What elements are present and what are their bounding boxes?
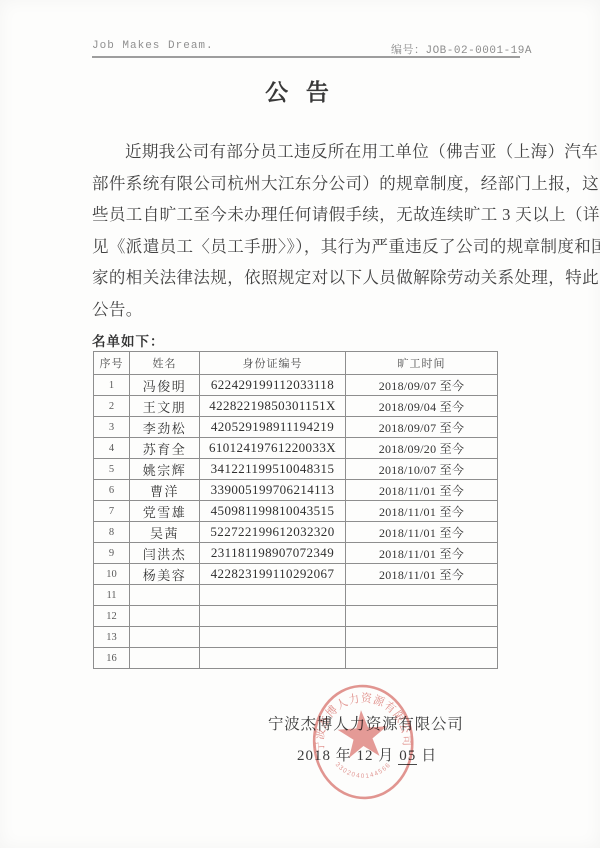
id-cell: 231181198907072349 (200, 543, 346, 564)
id-cell (200, 648, 346, 669)
serial-cell: 2 (94, 396, 130, 417)
serial-cell: 5 (94, 459, 130, 480)
name-cell (130, 648, 200, 669)
table-row: 11 (94, 585, 498, 606)
serial-cell: 9 (94, 543, 130, 564)
serial-cell: 13 (94, 627, 130, 648)
id-cell: 422823199110292067 (200, 564, 346, 585)
seal-serial-arc-text: 3302040144566 (333, 757, 393, 782)
name-cell: 曹洋 (130, 480, 200, 501)
serial-cell: 4 (94, 438, 130, 459)
period-cell: 2018/11/01 至今 (346, 522, 498, 543)
col-header-name: 姓名 (130, 352, 200, 375)
name-cell: 吴茜 (130, 522, 200, 543)
id-cell: 450981199810043515 (200, 501, 346, 522)
serial-cell: 11 (94, 585, 130, 606)
body-line: 部件系统有限公司杭州大江东分公司）的规章制度，经部门上报，这 (92, 168, 534, 200)
serial-cell: 1 (94, 375, 130, 396)
body-line: 公告。 (92, 294, 534, 326)
name-cell: 冯俊明 (130, 375, 200, 396)
col-header-id: 身份证编号 (200, 352, 346, 375)
period-cell: 2018/09/07 至今 (346, 417, 498, 438)
name-cell: 李劲松 (130, 417, 200, 438)
serial-cell: 6 (94, 480, 130, 501)
id-cell: 339005199706214113 (200, 480, 346, 501)
header-doc-number: 编号：JOB-02-0001-19A (391, 41, 532, 57)
id-cell: 522722199612032320 (200, 522, 346, 543)
col-header-serial: 序号 (94, 352, 130, 375)
svg-text:3302040144566: 3302040144566 (333, 757, 393, 782)
period-cell: 2018/11/01 至今 (346, 501, 498, 522)
period-cell: 2018/09/04 至今 (346, 396, 498, 417)
roster-table: 序号 姓名 身份证编号 旷工时间 1 冯俊明 62242919911203311… (93, 351, 498, 669)
name-cell (130, 585, 200, 606)
name-cell: 姚宗辉 (130, 459, 200, 480)
id-cell: 622429199112033118 (200, 375, 346, 396)
period-cell: 2018/09/07 至今 (346, 375, 498, 396)
table-header-row: 序号 姓名 身份证编号 旷工时间 (94, 352, 498, 375)
table-row: 7 党雪雄 450981199810043515 2018/11/01 至今 (94, 501, 498, 522)
document-page: Job Makes Dream. 编号：JOB-02-0001-19A 公 告 … (0, 0, 600, 848)
id-cell: 420529198911194219 (200, 417, 346, 438)
col-header-period: 旷工时间 (346, 352, 498, 375)
roster-table-wrap: 序号 姓名 身份证编号 旷工时间 1 冯俊明 62242919911203311… (93, 351, 498, 669)
table-row: 8 吴茜 522722199612032320 2018/11/01 至今 (94, 522, 498, 543)
body-line: 见《派遣员工〈员工手册〉》），其行为严重违反了公司的规章制度和国 (92, 231, 534, 263)
period-cell (346, 606, 498, 627)
company-seal-stamp-icon: 宁波杰博人力资源有限公司 3302040144566 (283, 659, 443, 819)
period-cell (346, 585, 498, 606)
body-line: 家的相关法律法规，依照规定对以下人员做解除劳动关系处理，特此 (92, 262, 534, 294)
table-row: 4 苏育全 61012419761220033X 2018/09/20 至今 (94, 438, 498, 459)
table-row: 2 王文朋 42282219850301151X 2018/09/04 至今 (94, 396, 498, 417)
id-cell: 341221199510048315 (200, 459, 346, 480)
body-line: 些员工自旷工至今未办理任何请假手续，无故连续旷工 3 天以上（详 (92, 199, 534, 231)
name-cell (130, 627, 200, 648)
period-cell: 2018/11/01 至今 (346, 543, 498, 564)
table-row: 16 (94, 648, 498, 669)
name-cell: 苏育全 (130, 438, 200, 459)
serial-cell: 12 (94, 606, 130, 627)
name-cell: 王文朋 (130, 396, 200, 417)
name-cell: 闫洪杰 (130, 543, 200, 564)
table-row: 3 李劲松 420529198911194219 2018/09/07 至今 (94, 417, 498, 438)
list-label: 名单如下： (92, 330, 165, 350)
announcement-body: 近期我公司有部分员工违反所在用工单位（佛吉亚（上海）汽车 部件系统有限公司杭州大… (92, 136, 534, 325)
id-cell: 42282219850301151X (200, 396, 346, 417)
serial-cell: 8 (94, 522, 130, 543)
serial-cell: 3 (94, 417, 130, 438)
body-line: 近期我公司有部分员工违反所在用工单位（佛吉亚（上海）汽车 (92, 136, 534, 168)
table-row: 1 冯俊明 622429199112033118 2018/09/07 至今 (94, 375, 498, 396)
table-row: 9 闫洪杰 231181198907072349 2018/11/01 至今 (94, 543, 498, 564)
period-cell: 2018/11/01 至今 (346, 480, 498, 501)
table-row: 12 (94, 606, 498, 627)
period-cell: 2018/09/20 至今 (346, 438, 498, 459)
table-row: 6 曹洋 339005199706214113 2018/11/01 至今 (94, 480, 498, 501)
serial-cell: 16 (94, 648, 130, 669)
header-slogan: Job Makes Dream. (92, 40, 214, 52)
name-cell: 杨美容 (130, 564, 200, 585)
id-cell (200, 627, 346, 648)
id-cell (200, 606, 346, 627)
id-cell: 61012419761220033X (200, 438, 346, 459)
period-cell: 2018/10/07 至今 (346, 459, 498, 480)
period-cell (346, 627, 498, 648)
table-row: 13 (94, 627, 498, 648)
name-cell: 党雪雄 (130, 501, 200, 522)
table-row: 5 姚宗辉 341221199510048315 2018/10/07 至今 (94, 459, 498, 480)
page-title: 公 告 (0, 74, 600, 107)
serial-cell: 10 (94, 564, 130, 585)
period-cell: 2018/11/01 至今 (346, 564, 498, 585)
name-cell (130, 606, 200, 627)
id-cell (200, 585, 346, 606)
seal-star-icon (336, 708, 389, 758)
table-row: 10 杨美容 422823199110292067 2018/11/01 至今 (94, 564, 498, 585)
header-rule (92, 56, 520, 58)
serial-cell: 7 (94, 501, 130, 522)
